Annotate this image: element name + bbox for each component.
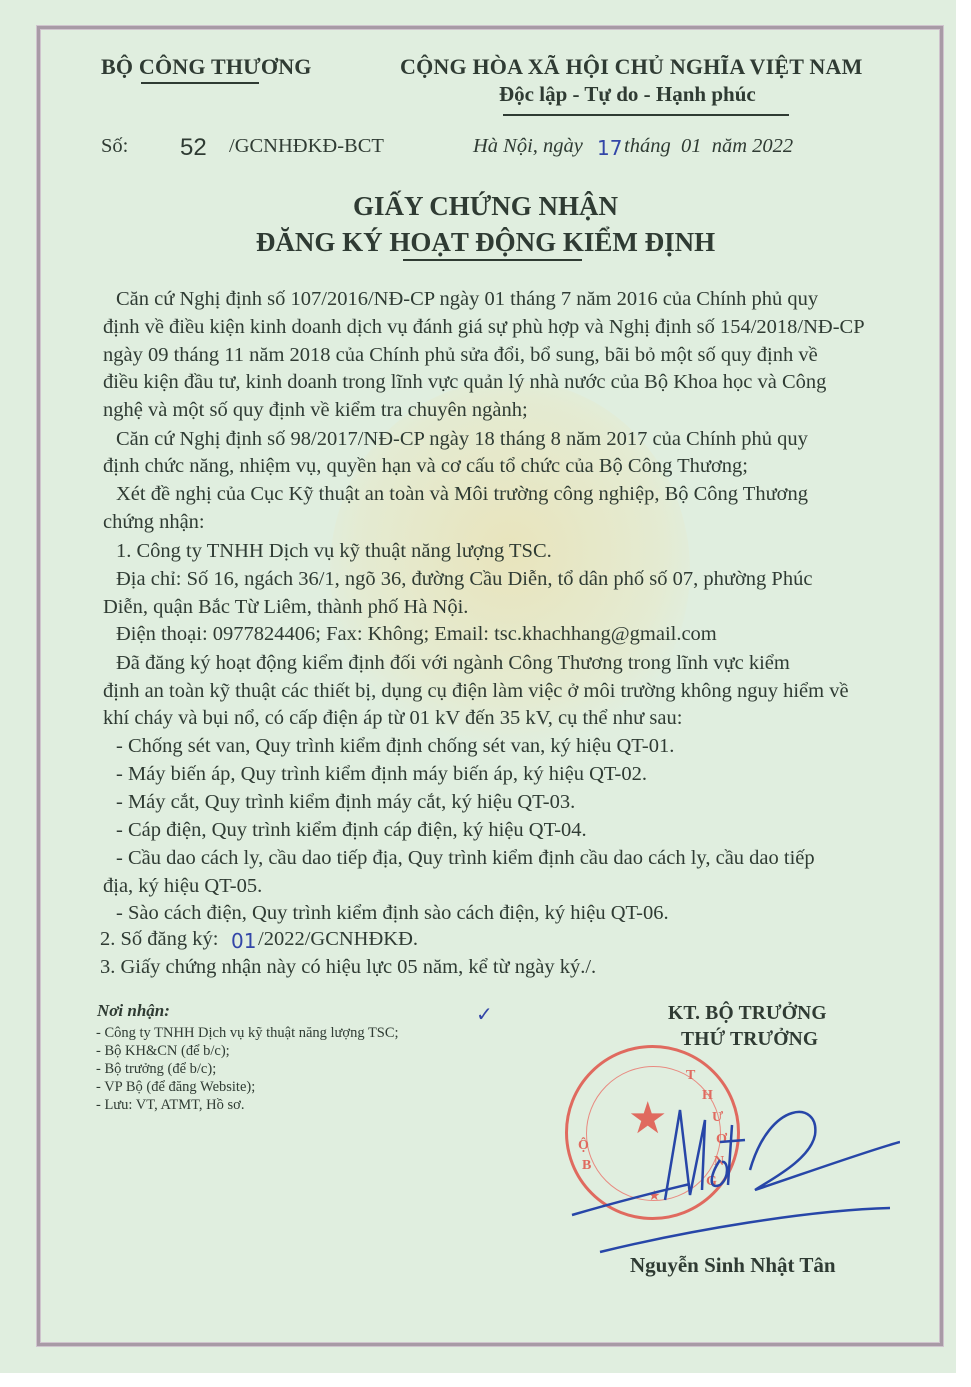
title-line-2: ĐĂNG KÝ HOẠT ĐỘNG KIỂM ĐỊNH [0, 227, 971, 258]
body-line: - Chống sét van, Quy trình kiểm định chố… [116, 735, 674, 758]
body-line: Diễn, quận Bắc Từ Liêm, thành phố Hà Nội… [103, 596, 468, 619]
body-line: Căn cứ Nghị định số 98/2017/NĐ-CP ngày 1… [116, 428, 808, 451]
body-line: Căn cứ Nghị định số 107/2016/NĐ-CP ngày … [116, 288, 818, 311]
body-line: Đã đăng ký hoạt động kiểm định đối với n… [116, 652, 790, 675]
body-line: - Máy biến áp, Quy trình kiểm định máy b… [116, 763, 647, 786]
recipient-item: - VP Bộ (để đăng Website); [96, 1079, 255, 1096]
validity-clause: 3. Giấy chứng nhận này có hiệu lực 05 nă… [100, 956, 596, 979]
motto-underline [503, 114, 789, 116]
registration-label: 2. Số đăng ký: [100, 928, 218, 951]
title-underline [403, 259, 582, 261]
body-line: định an toàn kỹ thuật các thiết bị, dụng… [103, 680, 849, 703]
document-number: 52 [180, 134, 207, 162]
registration-number: 01 [231, 929, 256, 953]
body-line: 1. Công ty TNHH Dịch vụ kỹ thuật năng lư… [116, 540, 552, 563]
handwritten-signature [570, 1080, 900, 1260]
certificate-paper: BỘ CÔNG THƯƠNG CỘNG HÒA XÃ HỘI CHỦ NGHĨA… [0, 0, 956, 1373]
national-motto: Độc lập - Tự do - Hạnh phúc [499, 82, 756, 107]
signer-name: Nguyễn Sinh Nhật Tân [630, 1253, 836, 1278]
checkmark-icon: ✓ [476, 1002, 493, 1026]
ministry-underline [141, 82, 259, 84]
ministry-name: BỘ CÔNG THƯƠNG [101, 54, 312, 80]
recipients-title: Nơi nhận: [97, 1001, 170, 1021]
body-line: - Máy cắt, Quy trình kiểm định máy cắt, … [116, 791, 575, 814]
body-line: khí cháy và bụi nổ, có cấp điện áp từ 01… [103, 707, 682, 730]
body-line: - Sào cách điện, Quy trình kiểm định sào… [116, 902, 669, 925]
body-line: địa, ký hiệu QT-05. [103, 875, 262, 898]
body-line: Điện thoại: 0977824406; Fax: Không; Emai… [116, 623, 717, 646]
number-suffix: /GCNHĐKĐ-BCT [229, 135, 384, 158]
body-line: - Cáp điện, Quy trình kiểm định cáp điện… [116, 819, 587, 842]
recipient-item: - Lưu: VT, ATMT, Hồ sơ. [96, 1097, 244, 1114]
body-line: Xét đề nghị của Cục Kỹ thuật an toàn và … [116, 483, 808, 506]
recipient-item: - Bộ KH&CN (để b/c); [96, 1043, 230, 1060]
body-line: Địa chỉ: Số 16, ngách 36/1, ngõ 36, đườn… [116, 568, 812, 591]
signer-role-2: THỨ TRƯỞNG [681, 1029, 818, 1051]
body-line: - Cầu dao cách ly, cầu dao tiếp địa, Quy… [116, 847, 815, 870]
signer-role-1: KT. BỘ TRƯỞNG [668, 1003, 827, 1025]
date-suffix: tháng 01 năm 2022 [624, 135, 793, 158]
body-line: ngày 09 tháng 11 năm 2018 của Chính phủ … [103, 344, 818, 367]
recipient-item: - Công ty TNHH Dịch vụ kỹ thuật năng lượ… [96, 1025, 399, 1042]
registration-suffix: /2022/GCNHĐKĐ. [258, 928, 418, 951]
body-line: định về điều kiện kinh doanh dịch vụ đán… [103, 316, 865, 339]
republic-name: CỘNG HÒA XÃ HỘI CHỦ NGHĨA VIỆT NAM [400, 54, 863, 80]
body-line: định chức năng, nhiệm vụ, quyền hạn và c… [103, 455, 748, 478]
body-line: chứng nhận: [103, 511, 205, 534]
body-line: nghệ và một số quy định về kiểm tra chuy… [103, 399, 528, 422]
title-line-1: GIẤY CHỨNG NHẬN [0, 191, 971, 222]
recipient-item: - Bộ trưởng (để b/c); [96, 1061, 216, 1078]
body-line: điều kiện đầu tư, kinh doanh trong lĩnh … [103, 371, 826, 394]
number-label: Số: [101, 135, 128, 158]
date-prefix: Hà Nội, ngày [473, 135, 583, 158]
date-day: 17 [597, 136, 622, 160]
